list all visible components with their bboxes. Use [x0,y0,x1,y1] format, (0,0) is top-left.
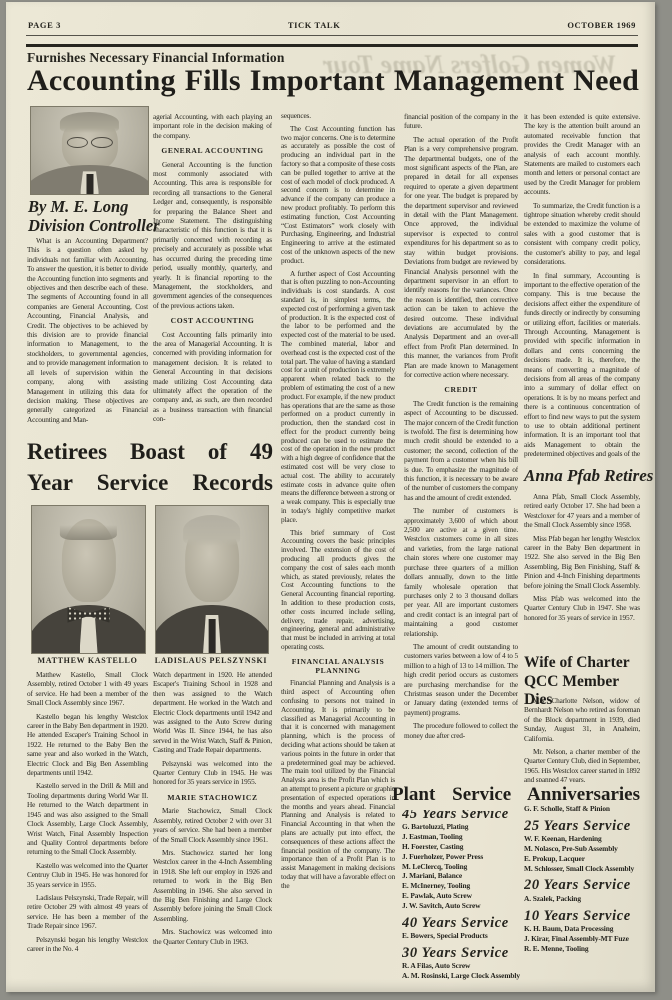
anniversary-name: G. Bartoluzzi, Plating [402,822,520,832]
article-paragraph: This brief summary of Cost Accounting co… [281,529,395,652]
anniversary-name: E. Bowers, Special Products [402,931,520,941]
anniversary-name: R. A Filas, Auto Screw [402,961,520,971]
service-years-heading: 10 Years Service [524,912,643,921]
anniversary-name: J. Fuerholzer, Power Press [402,852,520,862]
retirees-column-1: Matthew Kastello, Small Clock Assembly, … [27,670,148,988]
service-years-heading: 25 Years Service [524,822,643,831]
anniversary-name: J. W. Savitch, Auto Screw [402,901,520,911]
photo-ladislaus-pelszynski [155,505,269,654]
portrait-head [61,115,117,171]
service-years-heading: 45 Years Service [402,810,520,819]
byline: By M. E. Long Division Controller [28,197,160,235]
anniversaries-title: Plant Service Anniversaries [392,784,640,806]
retirees-headline-line1: Retirees Boast of 49 [27,436,273,467]
article-column-3: sequences.The Cost Accounting function h… [281,112,395,984]
article-paragraph: it has been extended is quite extensive.… [524,112,640,197]
anniversaries-right-column: G. F. Scholle, Staff & Pinion25 Years Se… [524,804,643,988]
article-column-2: agerial Accounting, with each playing an… [153,112,272,434]
portrait-head [185,519,239,601]
retirees-column-2: Watch department in 1920. He attended Es… [153,670,272,988]
article-paragraph: The Credit function is the remaining asp… [404,399,518,502]
anniversary-name: E. Pawlak, Auto Screw [402,891,520,901]
portrait-head [61,519,115,601]
article-paragraph: Pelszynski began his lengthy Westclox ca… [27,935,148,954]
portrait-hair [60,112,120,133]
article-paragraph: agerial Accounting, with each playing an… [153,112,272,140]
article-paragraph: Kastello began his lengthy Westclox care… [27,712,148,778]
article-paragraph: Mrs. Stachowicz started her long Westclo… [153,848,272,923]
portrait-shirt [79,615,97,653]
anna-pfab-article: Anna Pfab, Small Clock Assembly, retired… [524,492,640,652]
article-paragraph: The amount of credit outstanding to cust… [404,642,518,717]
article-paragraph: A further aspect of Cost Accounting that… [281,270,395,525]
service-years-heading: 30 Years Service [402,949,520,958]
byline-name: By M. E. Long [28,197,160,216]
anniversary-name: M. Schlosser, Small Clock Assembly [524,864,643,874]
article-paragraph: sequences. [281,112,395,121]
article-paragraph: Miss Pfab began her lengthy Westclox car… [524,534,640,590]
article-paragraph: Pelszynski was welcomed into the Quarter… [153,759,272,787]
column-subheading: MARIE STACHOWICZ [153,793,272,802]
photo-m-e-long [30,106,149,195]
service-years-heading: 40 Years Service [402,919,520,928]
photo-caption-kastello: MATTHEW KASTELLO [27,656,148,665]
photo-caption-pelszynski: LADISLAUS PELSZYNSKI [151,656,271,665]
column-subheading: GENERAL ACCOUNTING [153,146,272,155]
qcc-obituary-article: Mrs. Charlotte Nelson, widow of Bernhard… [524,696,640,782]
column-subheading: FINANCIAL ANALYSIS PLANNING [281,658,395,676]
anniversary-name: J. Eastman, Tooling [402,832,520,842]
anniversary-name: R. E. Menne, Tooling [524,944,643,954]
masthead-row: PAGE 3 TICK TALK OCTOBER 1969 [28,20,636,30]
article-paragraph: financial position of the company in the… [404,112,518,131]
article-paragraph: Marie Stachowicz, Small Clock Assembly, … [153,806,272,844]
article-column-1: What is an Accounting Department? This i… [27,236,148,434]
qcc-obituary-headline-line1: Wife of Charter [524,654,640,673]
scanned-newspaper-page: Women Golfers Name Tour PAGE 3 TICK TALK… [0,0,672,1000]
retirees-headline: Retirees Boast of 49 Year Service Record… [27,436,273,498]
article-paragraph: In final summary, Accounting is importan… [524,271,640,463]
anniversary-name: M. Nolasco, Pre-Sub Assembly [524,844,643,854]
article-paragraph: General Accounting is the function most … [153,160,272,311]
article-paragraph: Kastello was welcomed into the Quarter C… [27,861,148,889]
article-paragraph: Watch department in 1920. He attended Es… [153,670,272,755]
article-paragraph: Mrs. Charlotte Nelson, widow of Bernhard… [524,696,640,743]
article-column-4: financial position of the company in the… [404,112,518,776]
byline-title: Division Controller [28,216,160,235]
anniversary-name: H. Foerster, Casting [402,842,520,852]
anna-pfab-headline: Anna Pfab Retires [524,466,653,486]
anniversaries-left-column: 45 Years ServiceG. Bartoluzzi, PlatingJ.… [402,810,520,988]
anniversary-name: K. H. Baum, Data Processing [524,924,643,934]
article-column-5: it has been extended is quite extensive.… [524,112,640,462]
article-paragraph: Mrs. Stachowicz was welcomed into the Qu… [153,927,272,946]
lead-article-headline: Accounting Fills Important Management Ne… [27,64,639,98]
masthead-title: TICK TALK [288,20,341,30]
header-rule [26,35,638,36]
article-paragraph: Anna Pfab, Small Clock Assembly, retired… [524,492,640,530]
portrait-tie [209,619,216,653]
portrait-hair [60,515,117,540]
portrait-hair [184,515,241,546]
article-paragraph: Kastello served in the Drill & Mill and … [27,781,148,856]
article-paragraph: To summarize, the Credit function is a t… [524,201,640,267]
column-subheading: COST ACCOUNTING [153,316,272,325]
anniversary-name: M. LeClercq, Tooling [402,862,520,872]
article-paragraph: Financial Planning and Analysis is a thi… [281,679,395,890]
column-subheading: CREDIT [404,385,518,394]
retirees-headline-line2: Year Service Records [27,467,273,498]
anniversary-name: A. Szalek, Packing [524,894,643,904]
page-number-label: PAGE 3 [28,20,61,30]
article-paragraph: Matthew Kastello, Small Clock Assembly, … [27,670,148,708]
article-paragraph: Miss Pfab was welcomed into the Quarter … [524,594,640,622]
anniversary-name: E. Prokup, Lacquer [524,854,643,864]
anniversary-name: A. M. Rosinski, Large Clock Assembly [402,971,520,981]
anniversary-name: J. Mariani, Balance [402,871,520,881]
anniversary-name: W. F. Keenan, Hardening [524,834,643,844]
anniversary-name: E. McInerney, Tooling [402,881,520,891]
article-paragraph: Ladislaus Pelszynski, Trade Repair, will… [27,893,148,931]
article-paragraph: The procedure followed to collect the mo… [404,721,518,740]
anniversary-name: J. Kirar, Final Assembly-MT Fuze [524,934,643,944]
article-paragraph: What is an Accounting Department? This i… [27,236,148,424]
article-paragraph: Mr. Nelson, a charter member of the Quar… [524,747,640,782]
issue-date: OCTOBER 1969 [567,20,636,30]
glasses-icon [66,137,112,148]
section-top-rule [26,44,638,47]
article-paragraph: The actual operation of the Profit Plan … [404,135,518,380]
anniversary-name: G. F. Scholle, Staff & Pinion [524,804,643,814]
portrait-tie [86,174,93,194]
photo-matthew-kastello [31,505,146,654]
service-years-heading: 20 Years Service [524,881,643,890]
article-paragraph: The Cost Accounting function has two maj… [281,125,395,266]
article-paragraph: The number of customers is approximately… [404,506,518,638]
article-paragraph: Cost Accounting falls primarily into the… [153,330,272,424]
